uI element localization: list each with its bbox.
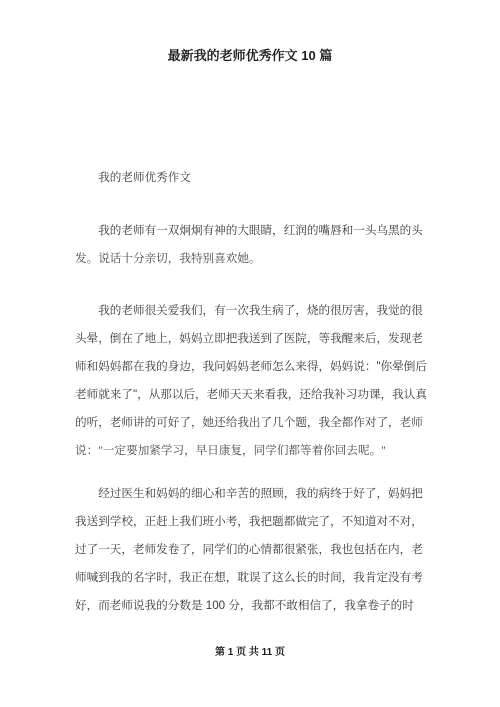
essay-paragraph: 经过医生和妈妈的细心和辛苦的照顾，我的病终于好了，妈妈把我送到学校，正赶上我们班… <box>75 480 427 620</box>
paragraph-text-segment: 经过医生和妈妈的细心和辛苦的照顾，我的病终于好了，妈妈把我送到学校，正赶上我们班… <box>75 487 423 612</box>
document-title: 最新我的老师优秀作文 10 篇 <box>0 0 500 66</box>
document-page: 最新我的老师优秀作文 10 篇 我的老师优秀作文 我的老师有一双炯炯有神的大眼睛… <box>0 0 500 707</box>
page-number-indicator: 第 1 页 共 11 页 <box>0 646 500 660</box>
paragraph-text-segment: 我的老师有一双炯炯有神的大眼睛，红润的嘴唇和一头乌黑的头 <box>98 224 423 237</box>
essay-paragraph: 我的老师很关爱我们，有一次我生病了，烧的很厉害，我觉的很头晕，倒在了地上，妈妈立… <box>75 297 427 465</box>
essay-heading: 我的老师优秀作文 <box>75 164 427 192</box>
paragraph-text-segment: 发。说话十分亲切，我特别喜欢她。 <box>75 252 261 265</box>
paragraph-text-segment: 我的老师很关爱我们，有一次我生病了，烧的很厉害，我觉的很头晕，倒在了地上，妈妈立… <box>75 304 427 429</box>
essay-paragraph: 我的老师有一双炯炯有神的大眼睛，红润的嘴唇和一头乌黑的头发。说话十分亲切，我特别… <box>75 217 427 273</box>
document-body: 我的老师优秀作文 我的老师有一双炯炯有神的大眼睛，红润的嘴唇和一头乌黑的头发。说… <box>75 164 427 620</box>
